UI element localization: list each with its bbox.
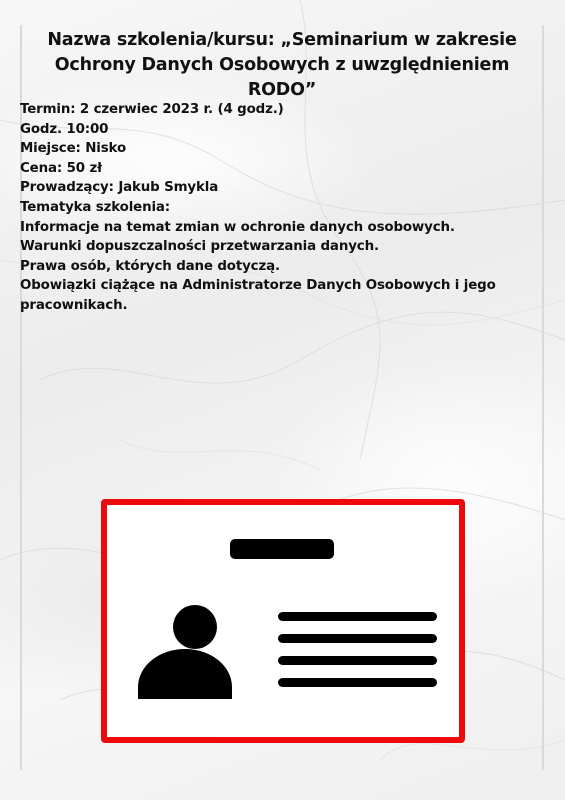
date-text: Termin: 2 czerwiec 2023 r. (4 godz.) (20, 100, 520, 120)
right-margin-line (542, 25, 544, 770)
title-line-2: Ochrony Danych Osobowych z uwzględnienie… (22, 53, 542, 103)
id-card-icon (101, 499, 465, 743)
card-text-line (278, 612, 437, 621)
title-line-1: Nazwa szkolenia/kursu: „Seminarium w zak… (22, 28, 542, 53)
person-head-icon (173, 605, 217, 649)
topic-item: Prawa osób, których dane dotyczą. (20, 257, 520, 277)
location-text: Miejsce: Nisko (20, 139, 520, 159)
topic-item: Obowiązki ciążące na Administratorze Dan… (20, 276, 520, 296)
card-text-line (278, 678, 437, 687)
topic-item: Informacje na temat zmian w ochronie dan… (20, 218, 520, 238)
card-title-bar (230, 539, 334, 559)
price-text: Cena: 50 zł (20, 159, 520, 179)
person-body-icon (138, 649, 232, 699)
instructor-text: Prowadzący: Jakub Smykla (20, 178, 520, 198)
time-text: Godz. 10:00 (20, 120, 520, 140)
card-text-line (278, 656, 437, 665)
card-text-line (278, 634, 437, 643)
topic-item: pracownikach. (20, 296, 520, 316)
course-title: Nazwa szkolenia/kursu: „Seminarium w zak… (22, 28, 542, 103)
topics-heading: Tematyka szkolenia: (20, 198, 520, 218)
topic-item: Warunki dopuszczalności przetwarzania da… (20, 237, 520, 257)
course-details: Termin: 2 czerwiec 2023 r. (4 godz.) God… (20, 100, 520, 316)
